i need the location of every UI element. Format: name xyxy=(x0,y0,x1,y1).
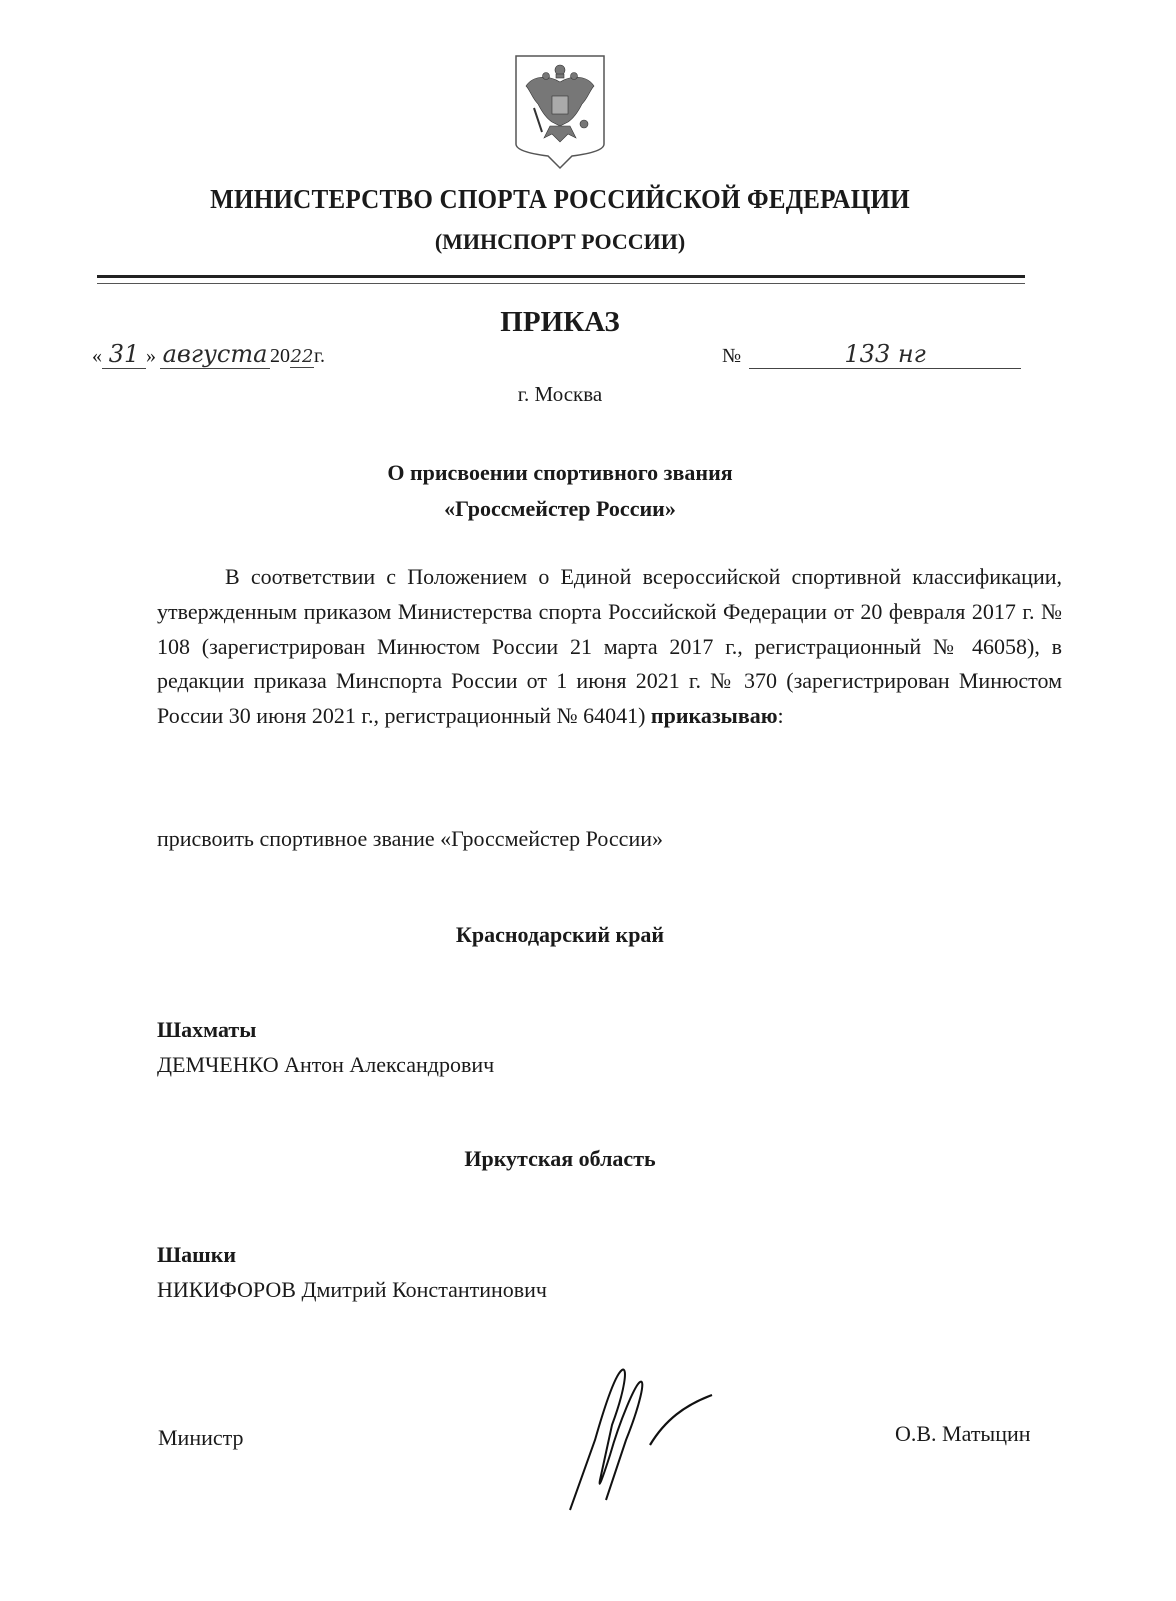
date-open-quote: « xyxy=(92,345,102,368)
number-value: 133 нг xyxy=(749,340,1021,369)
award-sport: Шахматы xyxy=(157,1017,256,1043)
number-label: № xyxy=(722,345,741,368)
date-year-prefix: 20 xyxy=(270,345,290,368)
date-close-quote: » xyxy=(146,345,156,368)
subject-line-1: О присвоении спортивного звания xyxy=(0,455,1120,491)
preamble-text: В соответствии с Положением о Единой все… xyxy=(157,564,1062,728)
order-number: № 133 нг xyxy=(722,340,1021,369)
order-colon: : xyxy=(778,703,784,728)
order-date: « 31 » августа 20 22 г. xyxy=(92,340,325,369)
award-region: Краснодарский край xyxy=(0,922,1120,948)
order-subject: О присвоении спортивного звания «Гроссме… xyxy=(0,455,1120,527)
award-person: ДЕМЧЕНКО Антон Александрович xyxy=(157,1052,494,1078)
city: г. Москва xyxy=(0,382,1120,407)
award-person: НИКИФОРОВ Дмитрий Константинович xyxy=(157,1277,547,1303)
coat-of-arms-icon xyxy=(512,52,608,170)
signer-title: Министр xyxy=(158,1425,244,1451)
signature-icon xyxy=(540,1360,740,1520)
date-year-suffix: 22 xyxy=(290,346,314,368)
order-word: приказываю xyxy=(651,703,778,728)
award-sport: Шашки xyxy=(157,1242,236,1268)
organization-short-title: (МИНСПОРТ РОССИИ) xyxy=(0,229,1120,255)
date-day: 31 xyxy=(102,340,146,369)
organization-title: МИНИСТЕРСТВО СПОРТА РОССИЙСКОЙ ФЕДЕРАЦИИ xyxy=(39,184,1081,215)
preamble: В соответствии с Положением о Единой все… xyxy=(157,560,1062,734)
subject-line-2: «Гроссмейстер России» xyxy=(0,491,1120,527)
signer-name: О.В. Матыцин xyxy=(895,1421,1031,1447)
action-text: присвоить спортивное звание «Гроссмейсте… xyxy=(157,826,663,852)
date-month: августа xyxy=(160,340,270,369)
header-divider xyxy=(97,275,1025,284)
document-type: ПРИКАЗ xyxy=(0,306,1120,339)
award-region: Иркутская область xyxy=(0,1146,1120,1172)
date-year-abbr: г. xyxy=(314,345,325,368)
